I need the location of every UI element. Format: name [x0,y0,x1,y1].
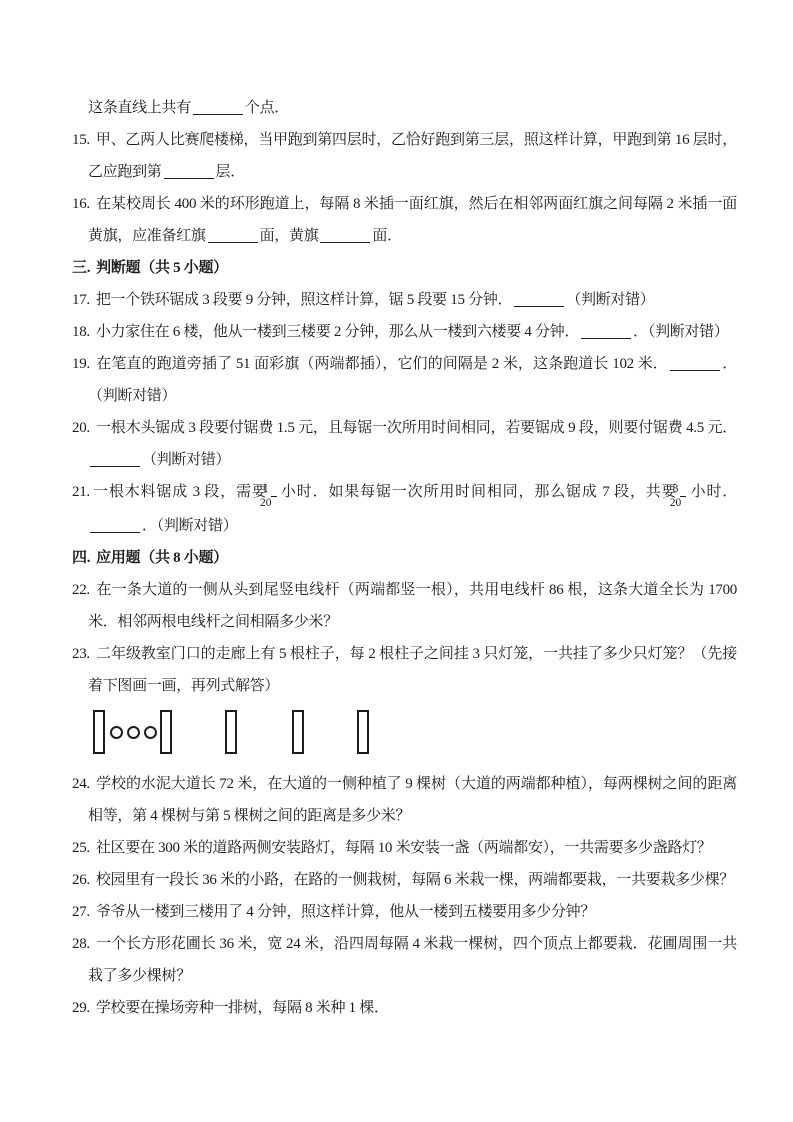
question-number: 27. [72,904,96,920]
question-number: 29. [72,1000,96,1016]
lantern-circle [110,726,123,739]
text-run: 在笔直的跑道旁插了 51 面彩旗（两端都插），它们的间隔是 2 米，这条跑道长 … [96,356,668,372]
question-paragraph: 25.社区要在 300 米的道路两侧安装路灯，每隔 10 米安装一盏（两端都安）… [72,832,737,864]
pillar-lantern-figure [93,710,737,754]
pillar-shape [93,710,105,754]
text-run: （判断对错） [142,452,230,468]
question-number: 26. [72,872,96,888]
text-run: 二年级教室门口的走廊上有 5 根柱子，每 2 根柱子之间挂 3 只灯笼，一共挂了… [88,646,737,694]
question-paragraph: 24.学校的水泥大道长 72 米，在大道的一侧种植了 9 棵树（大道的两端都种植… [72,768,737,832]
text-run: 在某校周长 400 米的环形跑道上，每隔 8 米插一面红旗，然后在相邻两面红旗之… [88,196,737,244]
question-paragraph: 23.二年级教室门口的走廊上有 5 根柱子，每 2 根柱子之间挂 3 只灯笼，一… [72,638,737,702]
fraction-denominator: 20 [680,497,686,510]
text-run: 学校的水泥大道长 72 米，在大道的一侧种植了 9 棵树（大道的两端都种植），每… [88,776,737,824]
question-number: 24. [72,776,96,792]
text-run: 校园里有一段长 36 米的小路，在路的一侧栽树，每隔 6 米栽一棵，两端都要栽，… [96,872,734,888]
question-number: 三. [72,260,96,276]
question-paragraph: 16.在某校周长 400 米的环形跑道上，每隔 8 米插一面红旗，然后在相邻两面… [72,188,737,252]
text-run: 面． [372,228,401,244]
question-number: 23. [72,646,96,662]
question-paragraph: 19.在笔直的跑道旁插了 51 面彩旗（两端都插），它们的间隔是 2 米，这条跑… [72,348,737,412]
question-paragraph: 29.学校要在操场旁种一排树，每隔 8 米种 1 棵． [72,992,737,1024]
text-run: 一根木料锯成 3 段，需要 [92,484,268,500]
fraction-numerator: 1 [271,483,277,497]
question-paragraph: 15.甲、乙两人比赛爬楼梯，当甲跑到第四层时，乙恰好跑到第三层，照这样计算，甲跑… [72,124,737,188]
text-run: 小时．如果每锯一次所用时间相同，那么锯成 7 段，共要 [280,484,678,500]
question-number: 四. [72,550,96,566]
text-run: 学校要在操场旁种一排树，每隔 8 米种 1 棵． [96,1000,389,1016]
question-number: 15. [72,132,96,148]
text-run: ．（判断对错） [633,324,728,340]
question-paragraph: 17.把一个铁环锯成 3 段要 9 分钟，照这样计算，锯 5 段要 15 分钟．… [72,284,737,316]
text-run: 社区要在 300 米的道路两侧安装路灯，每隔 10 米安装一盏（两端都安），一共… [96,840,712,856]
question-paragraph: 21.一根木料锯成 3 段，需要120小时．如果每锯一次所用时间相同，那么锯成 … [72,476,737,542]
text-run: 一根木头锯成 3 段要付锯费 1.5 元，且每锯一次所用时间相同，若要锯成 9 … [96,420,737,436]
question-number: 18. [72,324,96,340]
question-paragraph: 这条直线上共有个点． [72,92,737,124]
question-paragraph: 27.爷爷从一楼到三楼用了 4 分钟，照这样计算，他从一楼到五楼要用多少分钟？ [72,896,737,928]
text-run: 小力家住在 6 楼，他从一楼到三楼要 2 分钟，那么从一楼到六楼要 4 分钟． [96,324,579,340]
document-page: 这条直线上共有个点．15.甲、乙两人比赛爬楼梯，当甲跑到第四层时，乙恰好跑到第三… [0,0,793,1122]
question-paragraph: 20.一根木头锯成 3 段要付锯费 1.5 元，且每锯一次所用时间相同，若要锯成… [72,412,737,476]
pillar-shape [160,710,172,754]
answer-blank [193,102,243,115]
question-paragraph: 18.小力家住在 6 楼，他从一楼到三楼要 2 分钟，那么从一楼到六楼要 4 分… [72,316,737,348]
question-number: 20. [72,420,96,436]
section-title: 应用题（共 8 小题） [96,550,228,566]
question-number: 21. [72,484,92,500]
lantern-circle [144,726,157,739]
text-run: （判断对错） [566,292,654,308]
lantern-circle [127,726,140,739]
answer-blank [320,230,370,243]
text-run: ．（判断对错） [142,518,237,534]
text-run: 爷爷从一楼到三楼用了 4 分钟，照这样计算，他从一楼到五楼要用多少分钟？ [96,904,595,920]
question-number: 17. [72,292,96,308]
answer-blank [164,166,214,179]
text-run: 这条直线上共有 [88,100,191,116]
fraction: 320 [680,483,686,509]
section-title: 判断题（共 5 小题） [96,260,228,276]
question-number: 22. [72,582,96,598]
answer-blank [670,358,720,371]
fraction: 120 [271,483,277,509]
text-run: 层． [216,164,245,180]
text-run: 把一个铁环锯成 3 段要 9 分钟，照这样计算，锯 5 段要 15 分钟． [96,292,512,308]
text-run: 小时． [689,484,737,500]
question-number: 19. [72,356,96,372]
answer-blank [208,230,258,243]
pillar-shape [225,710,237,754]
text-run: 个点． [245,100,289,116]
fraction-denominator: 20 [271,497,277,510]
answer-blank [90,454,140,467]
question-paragraph: 26.校园里有一段长 36 米的小路，在路的一侧栽树，每隔 6 米栽一棵，两端都… [72,864,737,896]
text-run: 面，黄旗 [260,228,319,244]
pillar-shape [357,710,369,754]
answer-blank [581,326,631,339]
section-heading: 四.应用题（共 8 小题） [72,542,737,574]
question-number: 16. [72,196,96,212]
question-paragraph: 22.在一条大道的一侧从头到尾竖电线杆（两端都竖一根），共用电线杆 86 根，这… [72,574,737,638]
fraction-numerator: 3 [680,483,686,497]
question-number: 25. [72,840,96,856]
text-run: 一个长方形花圃长 36 米，宽 24 米，沿四周每隔 4 米栽一棵树，四个顶点上… [88,936,737,984]
answer-blank [514,294,564,307]
question-number: 28. [72,936,96,952]
question-paragraph: 28.一个长方形花圃长 36 米，宽 24 米，沿四周每隔 4 米栽一棵树，四个… [72,928,737,992]
document-content: 这条直线上共有个点．15.甲、乙两人比赛爬楼梯，当甲跑到第四层时，乙恰好跑到第三… [72,92,737,1024]
section-heading: 三.判断题（共 5 小题） [72,252,737,284]
text-run: 在一条大道的一侧从头到尾竖电线杆（两端都竖一根），共用电线杆 86 根，这条大道… [88,582,737,630]
pillar-shape [292,710,304,754]
answer-blank [90,520,140,533]
